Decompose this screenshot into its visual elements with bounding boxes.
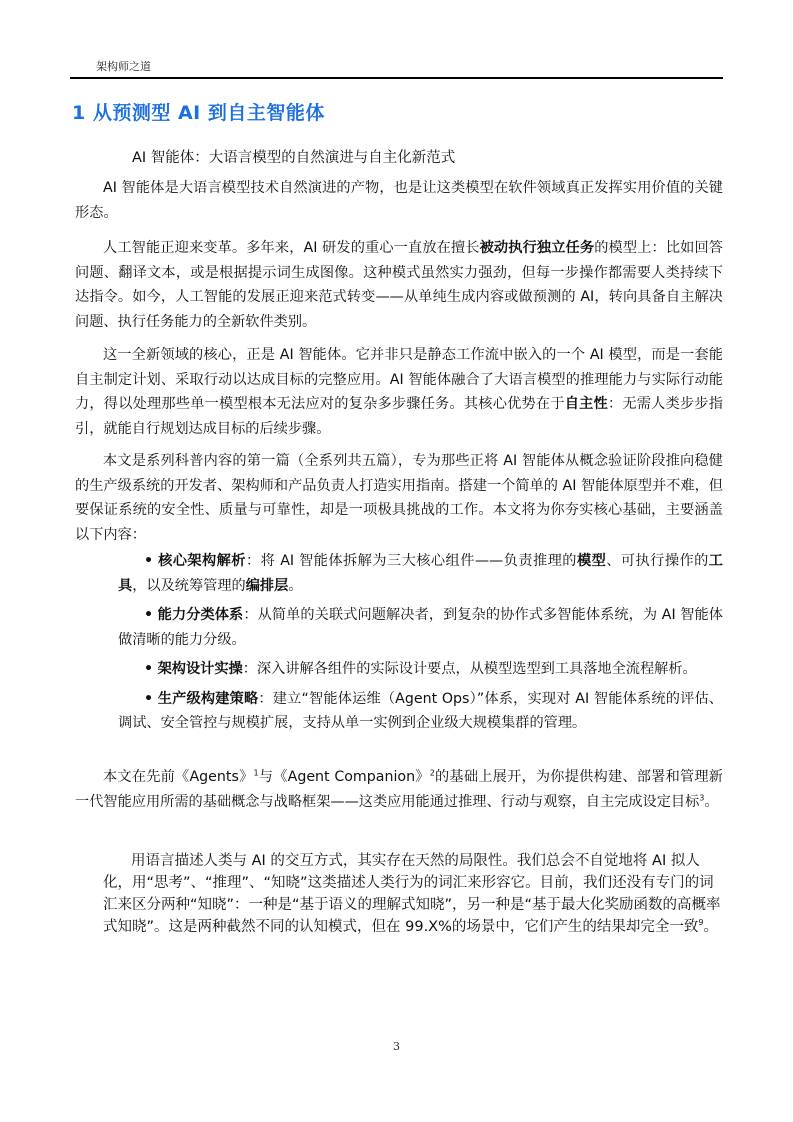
list-item-text: ，以及统筹管理的 (132, 578, 246, 594)
list-item: • 能力分类体系：从简单的关联式问题解决者，到复杂的协作式多智能体系统，为 AI… (118, 603, 723, 652)
header-divider (70, 77, 723, 79)
list-item: • 核心架构解析：将 AI 智能体拆解为三大核心组件——负责推理的模型、可执行操… (118, 549, 723, 598)
bullet-icon: • (144, 691, 153, 707)
list-item-title: 能力分类体系 (158, 607, 244, 623)
section-subtitle: AI 智能体：大语言模型的自然演进与自主化新范式 (132, 146, 455, 167)
bullet-icon: • (144, 661, 153, 677)
paragraph-text: 与《Agent Companion》 (259, 769, 430, 785)
paragraph-core: 这一全新领域的核心，正是 AI 智能体。它并非只是静态工作流中嵌入的一个 AI … (75, 343, 723, 441)
list-item: • 架构设计实操：深入讲解各组件的实际设计要点，从模型选型到工具落地全流程解析。 (118, 657, 723, 682)
emphasis-text: 自主性 (565, 396, 608, 412)
list-item-title: 生产级构建策略 (158, 691, 259, 707)
list-item-title: 核心架构解析 (158, 553, 246, 569)
list-item-text: 、可执行操作的 (606, 553, 709, 569)
running-header: 架构师之道 (96, 58, 151, 74)
bullet-icon: • (144, 607, 153, 623)
paragraph-text: 人工智能正迎来变革。多年来，AI 研发的重心一直放在擅长 (103, 240, 480, 256)
paragraph-text: 。 (704, 794, 718, 810)
page-number: 3 (0, 1040, 793, 1053)
paragraph-language-limits: 用语言描述人类与 AI 的交互方式，其实存在天然的局限性。我们总会不自觉地将 A… (103, 850, 723, 938)
bullet-icon: • (144, 553, 153, 569)
paragraph-text: 本文在先前《Agents》 (103, 769, 253, 785)
paragraph-text: 用语言描述人类与 AI 的交互方式，其实存在天然的局限性。我们总会不自觉地将 A… (103, 853, 721, 935)
paragraph-intro: AI 智能体是大语言模型技术自然演进的产物，也是让这类模型在软件领域真正发挥实用… (75, 176, 723, 225)
paragraph-transformation: 人工智能正迎来变革。多年来，AI 研发的重心一直放在擅长被动执行独立任务的模型上… (75, 236, 723, 334)
list-item-text: 。 (288, 578, 302, 594)
emphasis-text: 编排层 (246, 578, 289, 594)
paragraph-text: 。 (703, 919, 718, 935)
list-item-text: ：将 AI 智能体拆解为三大核心组件——负责推理的 (246, 553, 577, 569)
emphasis-text: 被动执行独立任务 (480, 240, 595, 256)
list-item-text: ：深入讲解各组件的实际设计要点，从模型选型到工具落地全流程解析。 (243, 661, 697, 677)
emphasis-text: 模型 (577, 553, 606, 569)
list-item-title: 架构设计实操 (158, 661, 243, 677)
chapter-title: 1 从预测型 AI 到自主智能体 (72, 98, 325, 125)
paragraph-series-intro: 本文是系列科普内容的第一篇（全系列共五篇），专为那些正将 AI 智能体从概念验证… (75, 449, 723, 547)
topics-list: • 核心架构解析：将 AI 智能体拆解为三大核心组件——负责推理的模型、可执行操… (118, 549, 723, 741)
paragraph-references: 本文在先前《Agents》1与《Agent Companion》2的基础上展开，… (75, 765, 723, 814)
list-item: • 生产级构建策略：建立“智能体运维（Agent Ops）”体系，实现对 AI … (118, 687, 723, 736)
